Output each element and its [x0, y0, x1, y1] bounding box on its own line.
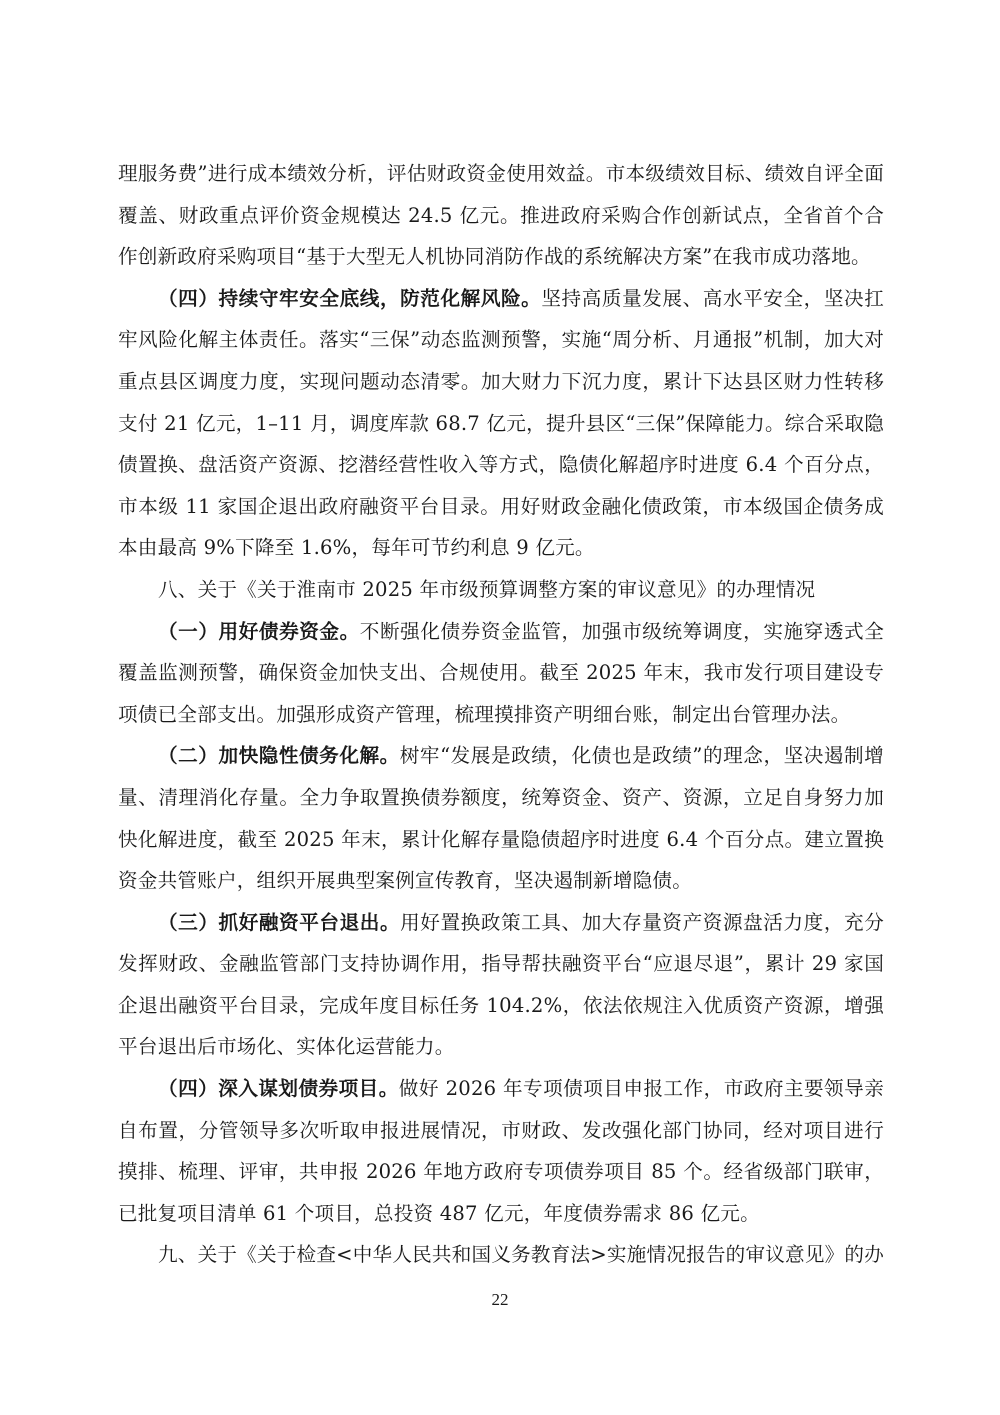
- paragraph-text: 理服务费”进行成本绩效分析，评估财政资金使用效益。市本级绩效目标、绩效自评全面覆…: [118, 162, 884, 268]
- document-body: 理服务费”进行成本绩效分析，评估财政资金使用效益。市本级绩效目标、绩效自评全面覆…: [118, 153, 884, 1276]
- subsection-heading: （一）用好债券资金。: [158, 620, 360, 643]
- paragraph-text: 坚持高质量发展、高水平安全，坚决扛牢风险化解主体责任。落实“三保”动态监测预警，…: [118, 287, 884, 560]
- paragraph-subsection-2-hidden-debt: （二）加快隐性债务化解。树牢“发展是政绩，化债也是政绩”的理念，坚决遏制增量、清…: [118, 735, 884, 901]
- paragraph-continuation: 理服务费”进行成本绩效分析，评估财政资金使用效益。市本级绩效目标、绩效自评全面覆…: [118, 153, 884, 278]
- subsection-heading: （三）抓好融资平台退出。: [158, 911, 400, 934]
- paragraph-subsection-4-risk: （四）持续守牢安全底线，防范化解风险。坚持高质量发展、高水平安全，坚决扛牢风险化…: [118, 278, 884, 569]
- paragraph-subsection-1-bond-funds: （一）用好债券资金。不断强化债券资金监管，加强市级统筹调度，实施穿透式全覆盖监测…: [118, 611, 884, 736]
- subsection-heading: （四）深入谋划债券项目。: [158, 1077, 399, 1100]
- section-heading-9: 九、关于《关于检查<中华人民共和国义务教育法>实施情况报告的审议意见》的办: [118, 1234, 884, 1276]
- paragraph-subsection-3-platform-exit: （三）抓好融资平台退出。用好置换政策工具、加大存量资产资源盘活力度，充分发挥财政…: [118, 902, 884, 1068]
- section-title: 九、关于《关于检查<中华人民共和国义务教育法>实施情况报告的审议意见》的办: [158, 1243, 884, 1266]
- section-title: 八、关于《关于淮南市 2025 年市级预算调整方案的审议意见》的办理情况: [158, 578, 815, 601]
- page-number: 22: [0, 1290, 1000, 1310]
- paragraph-subsection-4-bond-projects: （四）深入谋划债券项目。做好 2026 年专项债项目申报工作，市政府主要领导亲自…: [118, 1068, 884, 1234]
- subsection-heading: （二）加快隐性债务化解。: [158, 744, 400, 767]
- subsection-heading: （四）持续守牢安全底线，防范化解风险。: [158, 287, 541, 310]
- section-heading-8: 八、关于《关于淮南市 2025 年市级预算调整方案的审议意见》的办理情况: [118, 569, 884, 611]
